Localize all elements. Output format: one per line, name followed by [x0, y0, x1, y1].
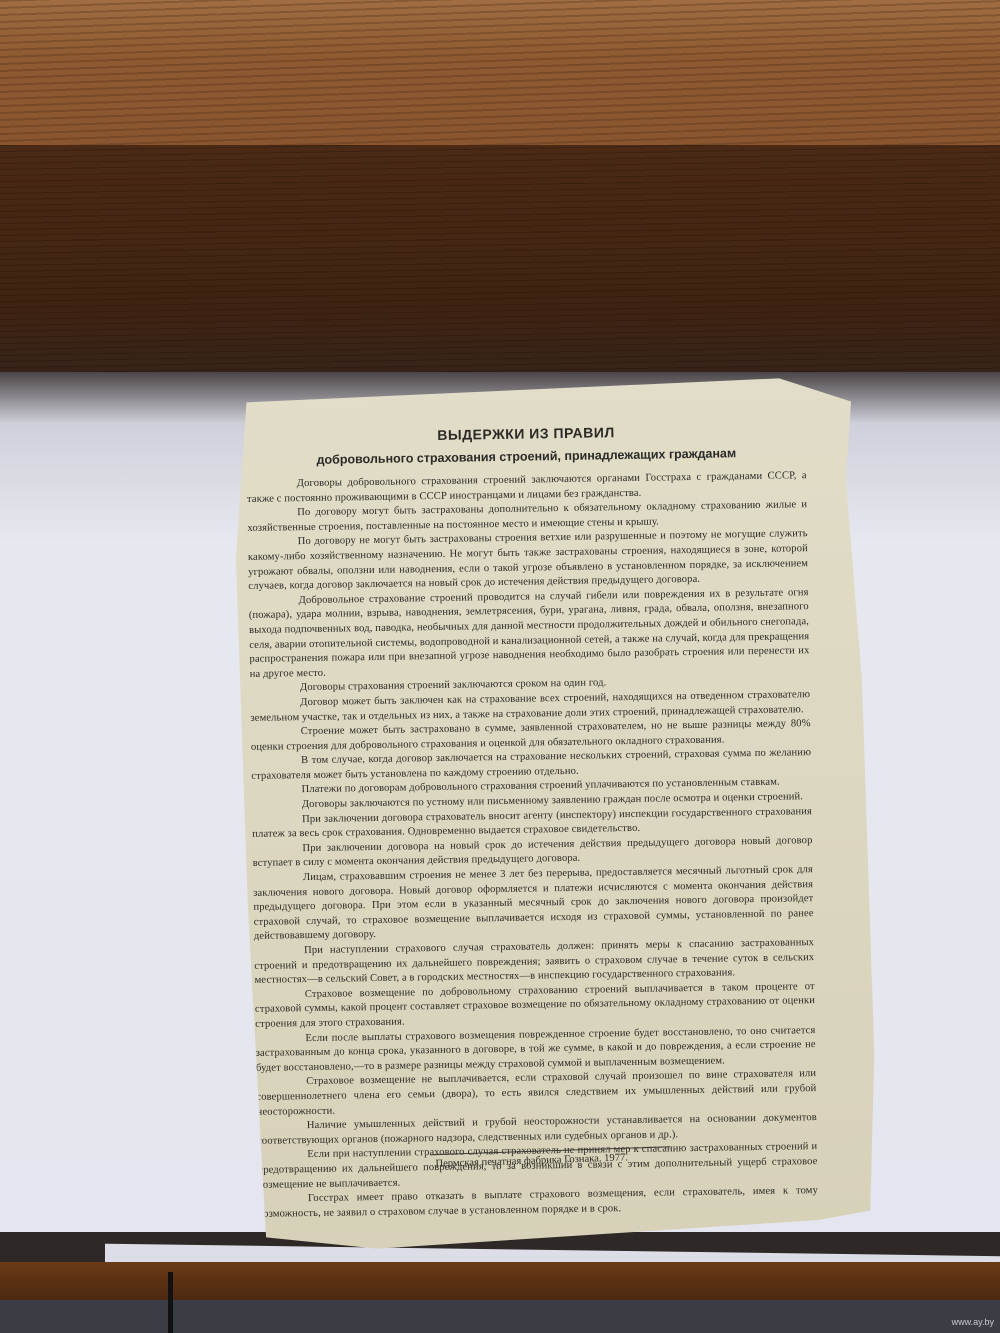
document-paragraphs: Договоры добровольного страхования строе…	[247, 469, 819, 1222]
paragraph: Лицам, страховавшим строения не менее 3 …	[253, 863, 814, 945]
document-subtitle: добровольного страхования строений, прин…	[246, 445, 806, 468]
wooden-shelf-bottom	[0, 1262, 1000, 1302]
floor-post	[168, 1272, 173, 1333]
document-body: ВЫДЕРЖКИ ИЗ ПРАВИЛ добровольного страхов…	[246, 421, 818, 1222]
document-title: ВЫДЕРЖКИ ИЗ ПРАВИЛ	[246, 421, 806, 446]
watermark: www.ay.by	[952, 1317, 994, 1327]
wooden-shelf-top	[0, 0, 1000, 145]
paragraph: Добровольное страхование строений провод…	[249, 586, 810, 682]
paragraph: По договору не могут быть застрахованы с…	[248, 528, 809, 595]
floor	[0, 1300, 1000, 1333]
document-sheet: ВЫДЕРЖКИ ИЗ ПРАВИЛ добровольного страхов…	[233, 375, 897, 1255]
